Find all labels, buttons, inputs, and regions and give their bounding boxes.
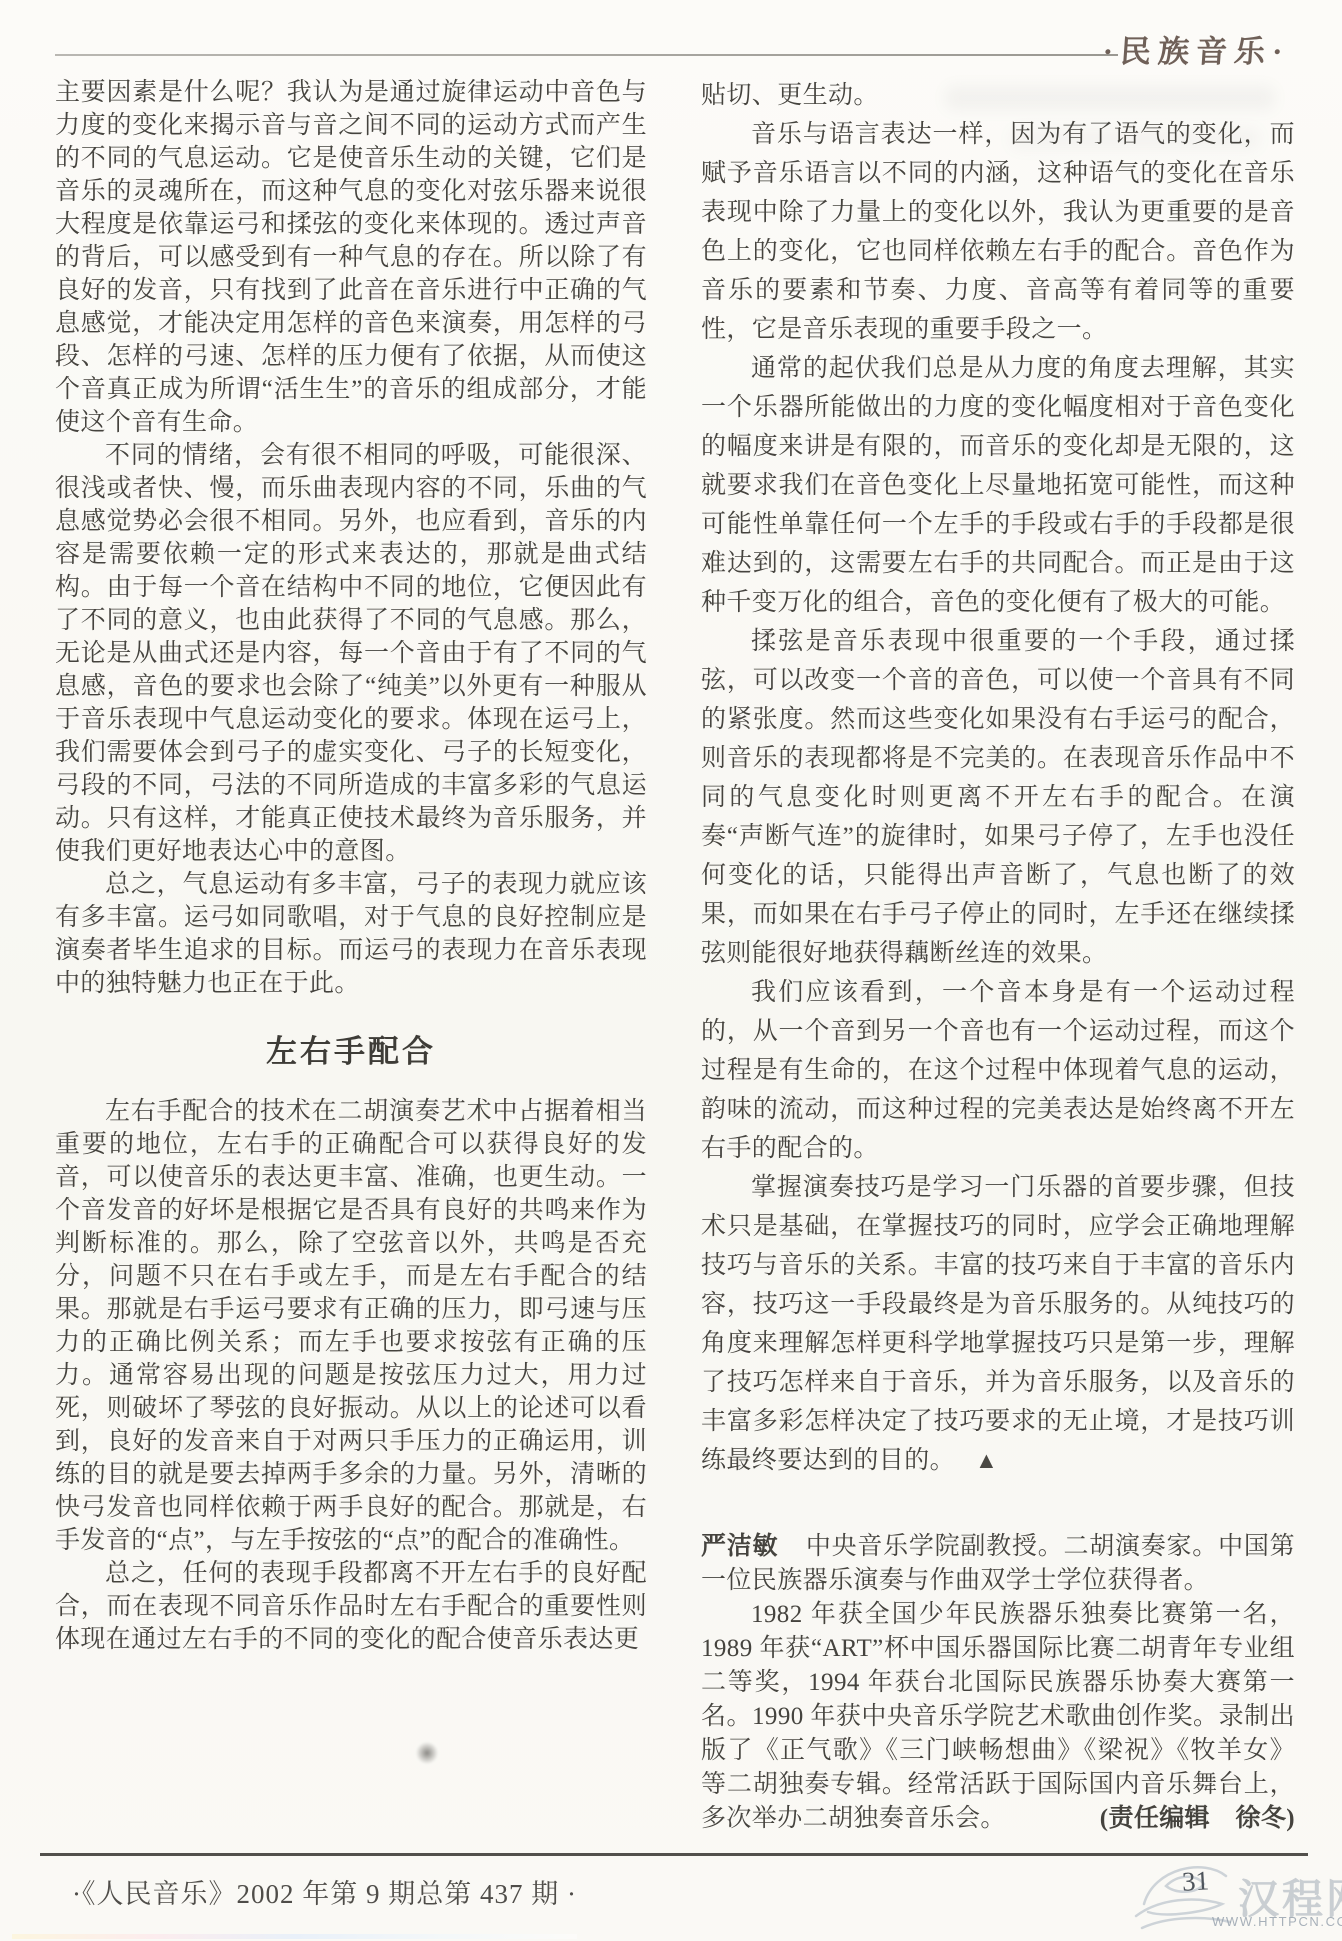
left-column: 主要因素是什么呢？我认为是通过旋律运动中音色与力度的变化来揭示音与音之间不同的运… bbox=[55, 76, 647, 1836]
paragraph: 音乐与语言表达一样，因为有了语气的变化，而赋予音乐语言以不同的内涵，这种语气的变… bbox=[701, 115, 1295, 349]
watermark-site-url: WWW.HTTPCN.COM bbox=[1212, 1914, 1342, 1929]
paragraph: 通常的起伏我们总是从力度的角度去理解，其实一个乐器所能做出的力度的变化幅度相对于… bbox=[701, 349, 1295, 622]
paragraph: 总之，任何的表现手段都离不开左右手的良好配合，而在表现不同音乐作品时左右手配合的… bbox=[55, 1557, 647, 1656]
editor-credit: (责任编辑 徐冬) bbox=[1050, 1802, 1295, 1836]
scanned-magazine-page: ·民族音乐· 主要因素是什么呢？我认为是通过旋律运动中音色与力度的变化来揭示音与… bbox=[0, 0, 1342, 1941]
author-bio-intro-line: 严洁敏中央音乐学院副教授。二胡演奏家。中国第一位民族器乐演奏与作曲双学士学位获得… bbox=[701, 1530, 1295, 1598]
paragraph: 揉弦是音乐表现中很重要的一个手段，通过揉弦，可以改变一个音的音色，可以使一个音具… bbox=[701, 622, 1295, 973]
right-column: 贴切、更生动。 音乐与语言表达一样，因为有了语气的变化，而赋予音乐语言以不同的内… bbox=[701, 76, 1295, 1836]
section-heading: 左右手配合 bbox=[55, 1026, 647, 1071]
paragraph: 不同的情绪，会有很不相同的呼吸，可能很深、很浅或者快、慢，而乐曲表现内容的不同，… bbox=[55, 439, 647, 868]
page-number: 31 bbox=[1181, 1865, 1210, 1897]
scan-edge-artifact bbox=[12, 1934, 577, 1939]
article-end-mark: ▲ bbox=[975, 1448, 998, 1473]
paragraph: 我们应该看到，一个音本身是有一个运动过程的，从一个音到另一个音也有一个运动过程，… bbox=[701, 973, 1295, 1168]
paragraph: 左右手配合的技术在二胡演奏艺术中占据着相当重要的地位，左右手的正确配合可以获得良… bbox=[55, 1095, 647, 1557]
author-bio-intro: 中央音乐学院副教授。二胡演奏家。中国第一位民族器乐演奏与作曲双学士学位获得者。 bbox=[701, 1533, 1295, 1594]
section-header-label: ·民族音乐· bbox=[1102, 26, 1292, 71]
paragraph: 总之，气息运动有多丰富，弓子的表现力就应该有多丰富。运弓如同歌唱，对于气息的良好… bbox=[55, 868, 647, 1000]
two-column-layout: 主要因素是什么呢？我认为是通过旋律运动中音色与力度的变化来揭示音与音之间不同的运… bbox=[55, 76, 1295, 1836]
header-divider-rule bbox=[55, 54, 1118, 56]
paragraph-continuation: 贴切、更生动。 bbox=[701, 76, 1295, 115]
ink-smudge-artifact bbox=[416, 1742, 438, 1764]
footer-divider-rule bbox=[40, 1853, 1308, 1856]
author-name: 严洁敏 bbox=[701, 1533, 778, 1560]
journal-issue-line: ·《人民音乐》2002 年第 9 期总第 437 期 · bbox=[72, 1872, 577, 1911]
paragraph-text: 掌握演奏技巧是学习一门乐器的首要步骤，但技术只是基础，在掌握技巧的同时，应学会正… bbox=[701, 1174, 1295, 1474]
paragraph-continuation: 主要因素是什么呢？我认为是通过旋律运动中音色与力度的变化来揭示音与音之间不同的运… bbox=[55, 76, 647, 439]
site-watermark: 31 汉程网 WWW.HTTPCN.COM bbox=[1126, 1846, 1342, 1938]
author-bio-block: 严洁敏中央音乐学院副教授。二胡演奏家。中国第一位民族器乐演奏与作曲双学士学位获得… bbox=[701, 1530, 1295, 1836]
paragraph-article-end: 掌握演奏技巧是学习一门乐器的首要步骤，但技术只是基础，在掌握技巧的同时，应学会正… bbox=[701, 1168, 1295, 1480]
author-bio-awards-line: 1982 年获全国少年民族器乐独奏比赛第一名，1989 年获“ART”杯中国乐器… bbox=[701, 1598, 1295, 1836]
author-bio-awards: 1982 年获全国少年民族器乐独奏比赛第一名，1989 年获“ART”杯中国乐器… bbox=[701, 1601, 1295, 1832]
